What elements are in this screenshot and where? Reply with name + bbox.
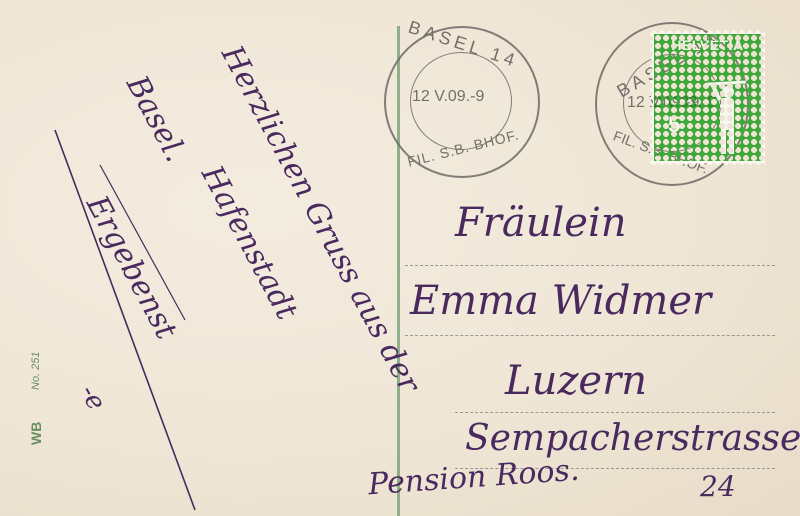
tell-boy-crossbow-icon [706,70,746,160]
address-street: Sempacherstrasse [465,418,800,459]
printer-number: No. 251 [30,351,42,390]
postage-stamp: HELVETIA 5 12 V.09.-9 [650,30,765,165]
address-line-2 [405,335,775,336]
stamp-face: HELVETIA 5 12 V.09.-9 [654,34,761,161]
postmark-date: 12 V.09.-9 [412,88,484,106]
postmark-basel: BASEL 14 12 V.09.-9 FIL. S.B. BHOF. [384,26,540,178]
address-line-1 [405,265,775,266]
address-salutation: Fräulein [455,200,627,246]
stamp-country: HELVETIA [654,37,761,53]
address-house-number: 24 [700,470,736,503]
pen-strokes [0,0,400,516]
postmark-date-overstamp: 12 V.09.-9 [644,94,716,112]
printer-logo: WB [28,422,44,445]
address-line-3 [455,412,775,413]
address-name: Emma Widmer [410,278,711,324]
postcard-back: BASEL 14 12 V.09.-9 FIL. S.B. BHOF. BASE… [0,0,800,516]
address-city: Luzern [505,358,647,404]
stamp-value: 5 [668,112,680,138]
